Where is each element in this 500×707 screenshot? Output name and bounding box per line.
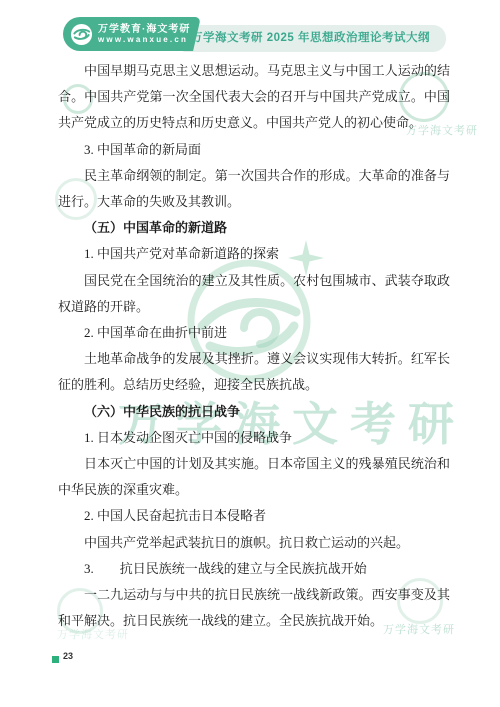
- paragraph: 中国早期马克思主义思想运动。马克思主义与中国工人运动的结合。中国共产党第一次全国…: [58, 58, 450, 137]
- brand-name: 万学教育·海文考研: [98, 24, 190, 36]
- paragraph: 土地革命战争的发展及其挫折。遵义会议实现伟大转折。红军长征的胜利。总结历史经验，…: [58, 346, 450, 398]
- numbered-item: 3. 抗日民族统一战线的建立与全民族抗战开始: [58, 556, 450, 582]
- section-heading: （六）中华民族的抗日战争: [58, 399, 450, 425]
- header-banner: 万学海文考研 2025 年思想政治理论考试大纲: [182, 25, 446, 52]
- paragraph: 中国共产党举起武装抗日的旗帜。抗日救亡运动的兴起。: [58, 530, 450, 556]
- page-number: 23: [63, 651, 73, 661]
- numbered-item: 2. 中国人民奋起抗击日本侵略者: [58, 503, 450, 529]
- numbered-item: 1. 中国共产党对革命新道路的探索: [58, 241, 450, 267]
- document-content: 中国早期马克思主义思想运动。马克思主义与中国工人运动的结合。中国共产党第一次全国…: [58, 58, 450, 634]
- numbered-item: 2. 中国革命在曲折中前进: [58, 320, 450, 346]
- paragraph: 国民党在全国统治的建立及其性质。农村包围城市、武装夺取政权道路的开辟。: [58, 268, 450, 320]
- section-heading: （五）中国革命的新道路: [58, 215, 450, 241]
- brand-logo-icon: [70, 23, 93, 46]
- numbered-item: 3. 中国革命的新局面: [58, 137, 450, 163]
- brand-logo: 万学教育·海文考研 www.wanxue.cn: [63, 17, 189, 51]
- paragraph: 民主革命纲领的制定。第一次国共合作的形成。大革命的准备与进行。大革命的失败及其教…: [58, 163, 450, 215]
- paragraph: 一二九运动与与中共的抗日民族统一战线新政策。西安事变及其和平解决。抗日民族统一战…: [58, 582, 450, 634]
- paragraph: 日本灭亡中国的计划及其实施。日本帝国主义的残暴殖民统治和中华民族的深重灾难。: [58, 451, 450, 503]
- numbered-item: 1. 日本发动企图灭亡中国的侵略战争: [58, 425, 450, 451]
- brand-url: www.wanxue.cn: [98, 35, 190, 44]
- document-page: 万学海文考研 万学海文考研 万学海文考研 万学海文考研 万学海文考研 2025 …: [0, 0, 500, 707]
- brand-text: 万学教育·海文考研 www.wanxue.cn: [98, 24, 190, 45]
- page-number-marker: [52, 656, 59, 663]
- banner-title: 万学海文考研 2025 年思想政治理论考试大纲: [182, 25, 446, 52]
